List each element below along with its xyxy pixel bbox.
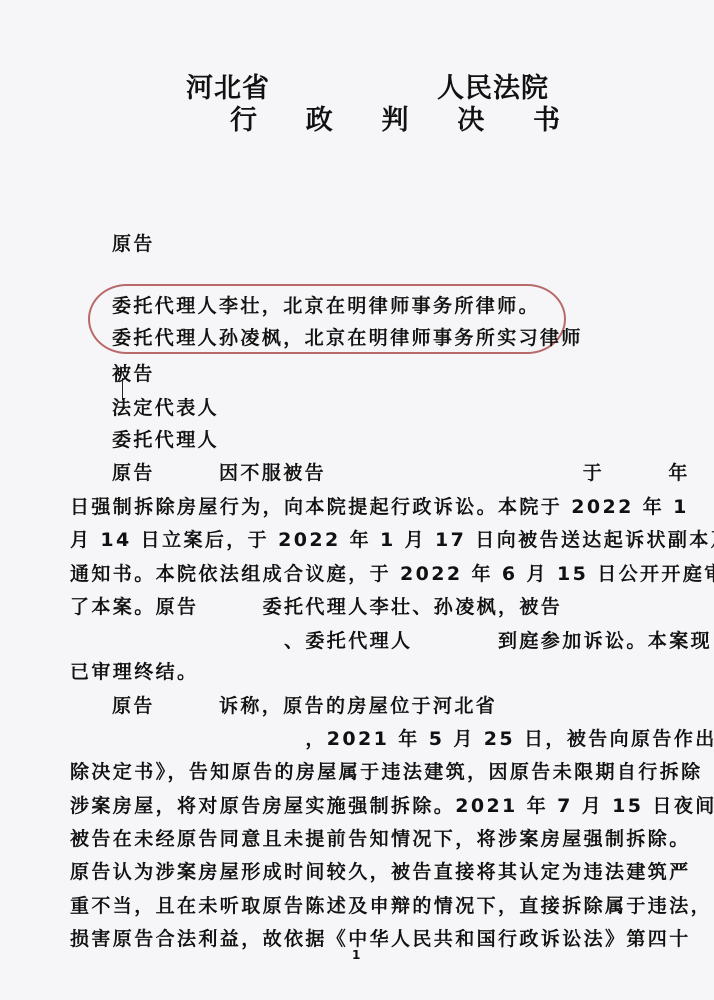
document-type-title: 行 政 判 决 书 xyxy=(230,98,560,137)
body-line: 了本案。原告 委托代理人李壮、孙凌枫，被告 xyxy=(70,596,562,618)
title-char: 政 xyxy=(306,98,333,137)
title-char: 行 xyxy=(230,98,257,137)
page-number: 1 xyxy=(352,948,360,962)
title-char: 书 xyxy=(533,98,560,137)
body-line: 原告 因不服被告 于 年 月 xyxy=(112,462,714,484)
body-line: 被告在未经原告同意且未提前告知情况下，将涉案房屋强制拆除。 xyxy=(70,828,691,850)
title-char: 决 xyxy=(457,98,484,137)
court-name: 河北省 人民法院 xyxy=(0,66,714,96)
body-line: 月 14 日立案后，于 2022 年 1 月 17 日向被告送达起诉状副本及应诉 xyxy=(70,529,714,551)
plaintiff-label: 原告 xyxy=(112,233,155,255)
body-line: 重不当，且在未听取原告陈述及申辩的情况下，直接拆除属于违法， xyxy=(70,895,712,917)
title-char: 判 xyxy=(382,98,409,137)
body-line: 通知书。本院依法组成合议庭，于 2022 年 6 月 15 日公开开庭审理 xyxy=(70,563,714,585)
body-line: 除决定书》，告知原告的房屋属于违法建筑，因原告未限期自行拆除 xyxy=(70,761,703,783)
body-line: 涉案房屋，将对原告房屋实施强制拆除。2021 年 7 月 15 日夜间， xyxy=(70,795,714,817)
body-line: 、委托代理人 到庭参加诉讼。本案现 xyxy=(70,630,712,652)
legal-rep-label: 法定代表人 xyxy=(112,397,219,419)
body-line: 原告 诉称，原告的房屋位于河北省 xyxy=(112,695,497,717)
judgment-page: 河北省 人民法院 行 政 判 决 书 原告 委托代理人李壮，北京在明律师事务所律… xyxy=(0,0,714,1000)
body-line: 损害原告合法利益，故依据《中华人民共和国行政诉讼法》第四十 xyxy=(70,928,691,950)
agent1-line: 委托代理人李壮，北京在明律师事务所律师。 xyxy=(112,295,540,317)
body-line: 日强制拆除房屋行为，向本院提起行政诉讼。本院于 2022 年 1 xyxy=(70,496,689,518)
body-line: 已审理终结。 xyxy=(70,661,198,683)
defendant-label: 被告 xyxy=(112,363,155,385)
body-line: 原告认为涉案房屋形成时间较久，被告直接将其认定为违法建筑严 xyxy=(70,861,691,883)
defendant-agent-label: 委托代理人 xyxy=(112,429,219,451)
agent2-line: 委托代理人孙凌枫，北京在明律师事务所实习律师 xyxy=(112,327,583,349)
body-line: ，2021 年 5 月 25 日，被告向原告作出《拆 xyxy=(70,728,714,750)
